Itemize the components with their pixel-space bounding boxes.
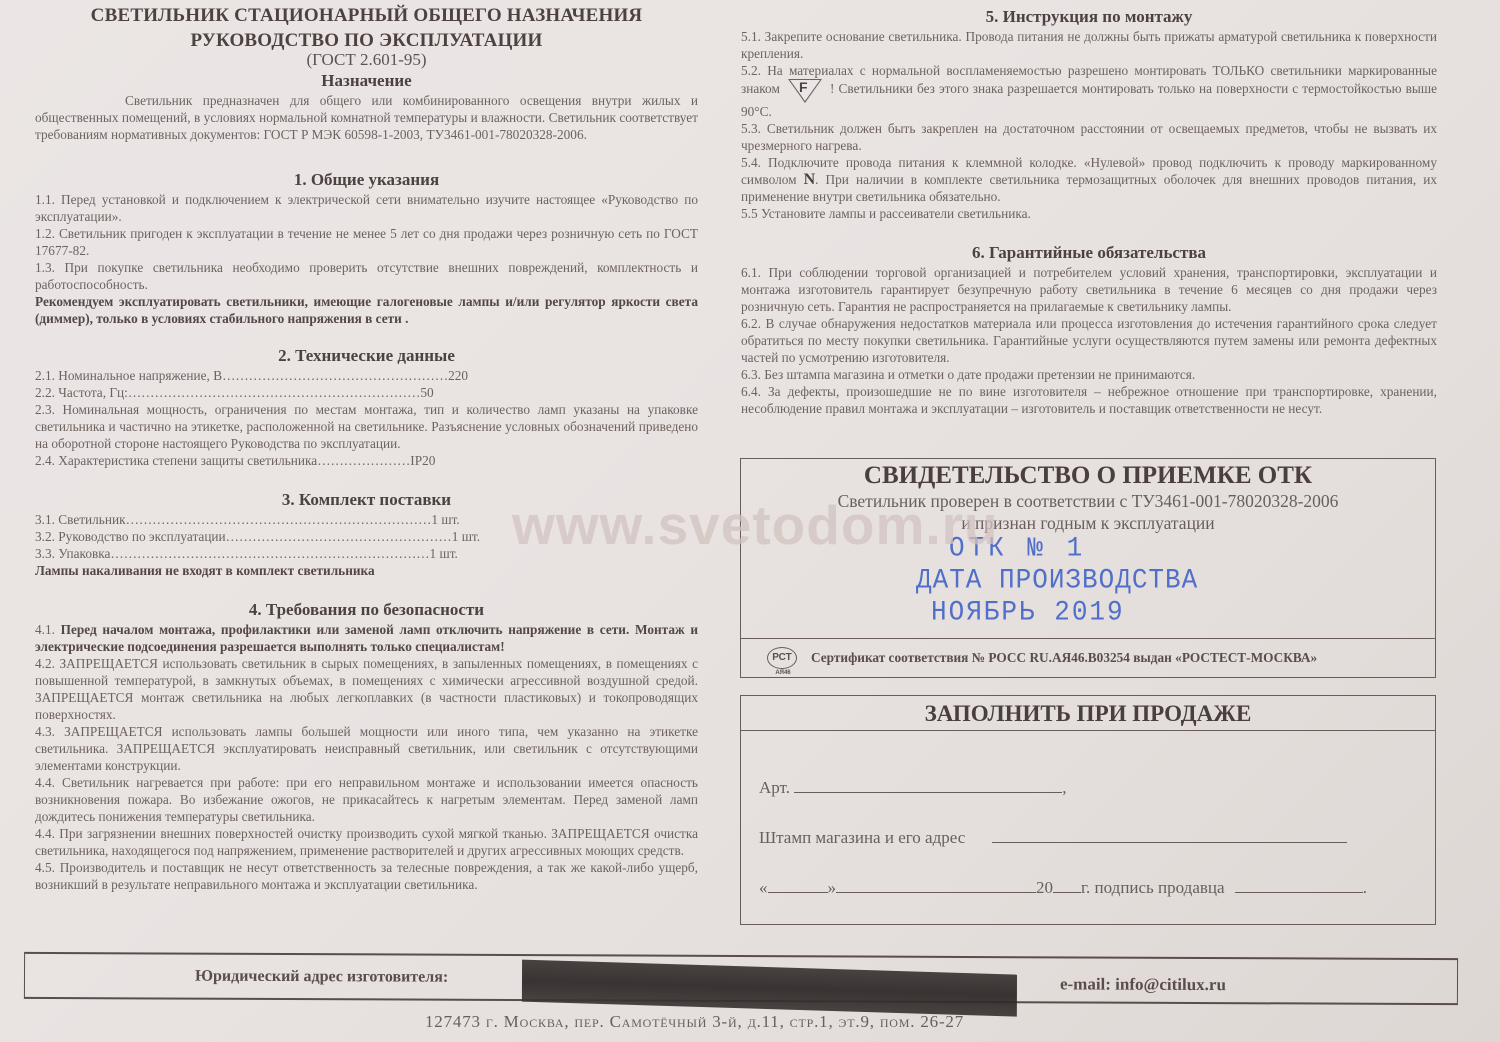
left-column: СВЕТИЛЬНИК СТАЦИОНАРНЫЙ ОБЩЕГО НАЗНАЧЕНИ… — [35, 0, 698, 893]
spec-protection: 2.4. Характеристика степени защиты свети… — [35, 452, 698, 469]
safety-item: 4.3. ЗАПРЕЩАЕТСЯ использовать лампы боль… — [35, 723, 698, 774]
warranty-item: 6.3. Без штампа магазина и отметки о дат… — [741, 366, 1437, 383]
package-item: 3.1. Светильник……………………………………………………………1 … — [35, 511, 698, 528]
neutral-symbol: N — [804, 171, 816, 188]
legal-address-label: Юридический адрес изготовителя: — [195, 968, 448, 987]
spec-voltage-value: 220 — [448, 367, 468, 384]
shop-stamp-row: Штамп магазина и его адрес — [759, 828, 1347, 848]
spec-power: 2.3. Номинальная мощность, ограничения п… — [35, 401, 698, 452]
certificate-text: Сертификат соответствия № РОСС RU.АЯ46.В… — [811, 650, 1317, 666]
manufacturer-email: e-mail: info@citilux.ru — [1060, 974, 1226, 995]
general-item: 1.3. При покупке светильника необходимо … — [35, 259, 698, 293]
shop-address-field[interactable] — [992, 828, 1347, 843]
spec-frequency: 2.2. Частота, Гц: …………………………………………………………… — [35, 384, 698, 401]
section-heading-warranty: 6. Гарантийные обязательства — [741, 242, 1437, 264]
warranty-item: 6.4. За дефекты, произошедшие не по вине… — [741, 383, 1437, 417]
shop-stamp-label: Штамп магазина и его адрес — [759, 828, 965, 847]
sale-day-field[interactable] — [768, 878, 828, 893]
package-item: 3.2. Руководство по эксплуатации …………………… — [35, 528, 698, 545]
safety-item: 4.2. ЗАПРЕЩАЕТСЯ использовать светильник… — [35, 655, 698, 723]
spec-frequency-value: 50 — [420, 384, 433, 401]
mounting-item: 5.5 Установите лампы и рассеиватели свет… — [741, 205, 1437, 222]
safety-item: 4.4. Светильник нагревается при работе: … — [35, 774, 698, 825]
gost-reference: (ГОСТ 2.601-95) — [35, 50, 698, 70]
otk-stamp-number: ОТК № 1 — [949, 532, 1086, 564]
right-column: 5. Инструкция по монтажу 5.1. Закрепите … — [741, 0, 1437, 417]
article-label: Арт. — [759, 778, 790, 797]
sale-form-title: ЗАПОЛНИТЬ ПРИ ПРОДАЖЕ — [741, 696, 1435, 731]
acceptance-line: и признан годным к эксплуатации — [741, 512, 1435, 534]
section-heading-mounting: 5. Инструкция по монтажу — [741, 6, 1437, 28]
section-heading-safety: 4. Требования по безопасности — [35, 599, 698, 621]
rst-certification-icon: РСТАЯ46 — [767, 647, 797, 669]
mounting-item: 5.3. Светильник должен быть закреплен на… — [741, 120, 1437, 154]
general-item: 1.1. Перед установкой и подключением к э… — [35, 191, 698, 225]
otk-stamp-date-label: ДАТА ПРОИЗВОДСТВА — [916, 564, 1198, 596]
redacted-address — [522, 960, 1017, 1017]
safety-item: 4.5. Производитель и поставщик не несут … — [35, 859, 698, 893]
stamped-new-address: 127473 г. Москва, пер. Самотёчный 3-й, д… — [425, 1012, 964, 1032]
otk-stamp-date-value: НОЯБРЬ 2019 — [931, 596, 1125, 628]
sale-form-box: ЗАПОЛНИТЬ ПРИ ПРОДАЖЕ Арт. , Штамп магаз… — [740, 695, 1436, 925]
acceptance-certificate-box: СВИДЕТЕЛЬСТВО О ПРИЕМКЕ ОТК Светильник п… — [740, 458, 1436, 678]
sale-month-field[interactable] — [836, 878, 1036, 893]
mounting-item: 5.2. На материалах с нормальной воспламе… — [741, 62, 1437, 120]
acceptance-line: Светильник проверен в соответствии с ТУ3… — [741, 490, 1435, 512]
package-item: 3.3. Упаковка………………………………………………………………1 ш… — [35, 545, 698, 562]
flammability-f-icon: F — [788, 79, 822, 103]
certificate-row: РСТАЯ46 Сертификат соответствия № РОСС R… — [741, 638, 1435, 677]
acceptance-title: СВИДЕТЕЛЬСТВО О ПРИЕМКЕ ОТК — [741, 462, 1435, 490]
mounting-item: 5.1. Закрепите основание светильника. Пр… — [741, 28, 1437, 62]
mounting-item: 5.4. Подключите провода питания к клеммн… — [741, 154, 1437, 205]
purpose-text: Светильник предназначен для общего или к… — [35, 92, 698, 143]
package-note: Лампы накаливания не входят в комплект с… — [35, 562, 698, 579]
manufacturer-footer: Юридический адрес изготовителя: e-mail: … — [24, 952, 1458, 1005]
general-recommendation: Рекомендуем эксплуатировать светильники,… — [35, 293, 698, 327]
warranty-item: 6.1. При соблюдении торговой организацие… — [741, 264, 1437, 315]
title-block: СВЕТИЛЬНИК СТАЦИОНАРНЫЙ ОБЩЕГО НАЗНАЧЕНИ… — [35, 6, 698, 70]
safety-item: 4.4. При загрязнении внешних поверхносте… — [35, 825, 698, 859]
section-heading-general: 1. Общие указания — [35, 169, 698, 191]
warranty-item: 6.2. В случае обнаружения недостатков ма… — [741, 315, 1437, 366]
general-item: 1.2. Светильник пригоден к эксплуатации … — [35, 225, 698, 259]
safety-item: 4.1. Перед началом монтажа, профилактики… — [35, 621, 698, 655]
section-heading-purpose: Назначение — [35, 70, 698, 92]
document-title: СВЕТИЛЬНИК СТАЦИОНАРНЫЙ ОБЩЕГО НАЗНАЧЕНИ… — [35, 6, 698, 25]
article-row: Арт. , — [759, 778, 1066, 798]
seller-signature-field[interactable] — [1235, 878, 1363, 893]
section-heading-technical: 2. Технические данные — [35, 345, 698, 367]
seller-signature-label: г. подпись продавца — [1081, 878, 1225, 897]
document-page: СВЕТИЛЬНИК СТАЦИОНАРНЫЙ ОБЩЕГО НАЗНАЧЕНИ… — [0, 0, 1500, 1042]
spec-protection-value: IP20 — [410, 452, 435, 469]
spec-voltage: 2.1. Номинальное напряжение, В…………………………… — [35, 367, 698, 384]
sale-year-field[interactable] — [1053, 878, 1081, 893]
article-field[interactable] — [794, 778, 1062, 793]
document-subtitle: РУКОВОДСТВО ПО ЭКСПЛУАТАЦИИ — [35, 31, 698, 50]
sale-date-row: «»20г. подпись продавца . — [759, 878, 1367, 898]
section-heading-package: 3. Комплект поставки — [35, 489, 698, 511]
